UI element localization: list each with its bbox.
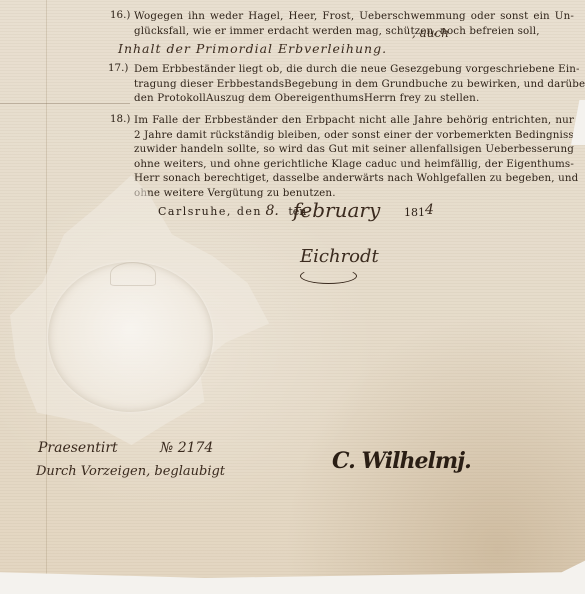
paragraph-18-line-3: zuwider handeln sollte, so wird das Gut … [134, 142, 574, 157]
dateline-year-prefix: 181 [404, 206, 425, 219]
presentation-note-line-1: Praesentirt [38, 440, 118, 456]
paragraph-16-line-1: Wogegen ihn weder Hagel, Heer, Frost, Ue… [134, 9, 574, 24]
paragraph-17-number: 17.) [108, 62, 128, 74]
paragraph-18-number: 18.) [110, 113, 130, 125]
scan-background [0, 578, 585, 594]
dateline-day: 8. [265, 203, 278, 219]
handwritten-addition-1: , auch [412, 26, 449, 40]
paragraph-17-line-1: Dem Erbbeständer liegt ob, die durch die… [134, 62, 574, 77]
document-page: 16.) Wogegen ihn weder Hagel, Heer, Fros… [0, 0, 585, 578]
paragraph-16-number: 16.) [110, 9, 130, 21]
dateline-year-last: 4 [425, 202, 434, 218]
dateline: Carlsruhe, den 8. ten [158, 203, 306, 219]
paragraph-17-line-2: tragung dieser ErbbestandsBegebung in de… [134, 77, 574, 92]
main-signature: C. Wilhelmj. [332, 448, 471, 474]
dateline-month: february [293, 198, 380, 222]
paragraph-18-line-1: Im Falle der Erbbeständer den Erbpacht n… [134, 113, 574, 128]
presentation-note-number: № 2174 [160, 440, 213, 456]
presentation-note-line-2: Durch Vorzeigen, beglaubigt [36, 464, 225, 479]
paper-fold-horizontal [0, 103, 130, 104]
seal-crown-icon [110, 262, 156, 286]
dateline-place: Carlsruhe, den [158, 205, 262, 218]
paragraph-18-line-5: Herr sonach berechtiget, dasselbe anderw… [134, 171, 574, 186]
paragraph-18-line-2: 2 Jahre damit rückständig bleiben, oder … [134, 128, 574, 143]
paragraph-18: Im Falle der Erbbeständer den Erbpacht n… [134, 113, 574, 201]
paragraph-17-line-3: den ProtokollAuszug dem ObereigenthumsHe… [134, 91, 574, 106]
paragraph-18-line-4: ohne weiters, und ohne gerichtliche Klag… [134, 157, 574, 172]
signature-flourish [300, 268, 357, 284]
handwritten-addition-2: Inhalt der Primordial Erbverleihung. [118, 41, 387, 56]
paragraph-17: Dem Erbbeständer liegt ob, die durch die… [134, 62, 574, 106]
official-signature: Eichrodt [300, 246, 379, 267]
paragraph-16: Wogegen ihn weder Hagel, Heer, Frost, Ue… [134, 9, 574, 38]
